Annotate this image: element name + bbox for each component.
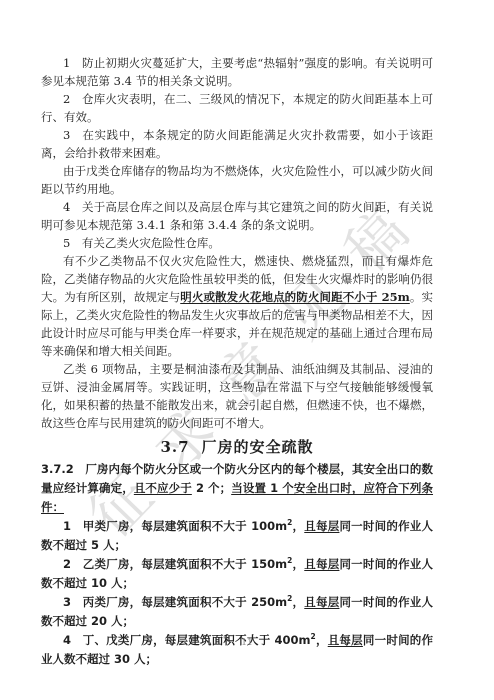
clause-item-1: 1 甲类厂房，每层建筑面积不大于 100m2，且每层同一时间的作业人数不超过 5… [41,517,433,555]
section-number: 3.7 [160,438,189,456]
document-page: 征求意见稿 1 防止初期火灾蔓延扩大，主要考虑“热辐射”强度的影响。有关说明可参… [0,0,494,700]
section-heading: 3.7厂房的安全疏散 [41,436,433,457]
document-content: 1 防止初期火灾蔓延扩大，主要考虑“热辐射”强度的影响。有关说明可参见本规范第 … [41,54,433,669]
paragraph-wuclass: 由于戊类仓库储存的物品均为不燃烧体，火灾危险性小，可以减少防火间距以节约用地。 [41,162,433,198]
paragraph-note-4: 4 关于高层仓库之间以及高层仓库与其它建筑之间的防火间距，有关说明可参见本规范第… [41,198,433,234]
clause-item-4: 4 丁、戊类厂房，每层建筑面积不大于 400m2，且每层同一时间的作业人数不超过… [41,631,433,669]
page-number: 11 [0,638,494,648]
paragraph-note-3: 3 在实践中，本条规定的防火间距能满足火灾扑救需要，如小于该距离，会给扑救带来困… [41,126,433,162]
paragraph-note-2: 2 仓库火灾表明，在二、三级风的情况下，本规定的防火间距基本上可行、有效。 [41,90,433,126]
paragraph-yiclass-risk: 有不少乙类物品不仅火灾危险性大，燃速快、燃烧猛烈，而且有爆炸危险，乙类储存物品的… [41,252,433,360]
section-title: 厂房的安全疏散 [202,438,314,456]
paragraph-note-1: 1 防止初期火灾蔓延扩大，主要考虑“热辐射”强度的影响。有关说明可参见本规范第 … [41,54,433,90]
clause-item-3: 3 丙类厂房，每层建筑面积不大于 250m2，且每层同一时间的作业人数不超过 2… [41,593,433,631]
clause-3-7-2-lead: 3.7.2 厂房内每个防火分区或一个防火分区内的每个楼层，其安全出口的数量应经计… [41,460,433,517]
paragraph-yiclass-items: 乙类 6 项物品，主要是桐油漆布及其制品、油纸油绸及其制品、浸油的豆饼、浸油金属… [41,360,433,432]
clause-item-2: 2 乙类厂房，每层建筑面积不大于 150m2，且每层同一时间的作业人数不超过 1… [41,555,433,593]
paragraph-note-5: 5 有关乙类火灾危险性仓库。 [41,234,433,252]
